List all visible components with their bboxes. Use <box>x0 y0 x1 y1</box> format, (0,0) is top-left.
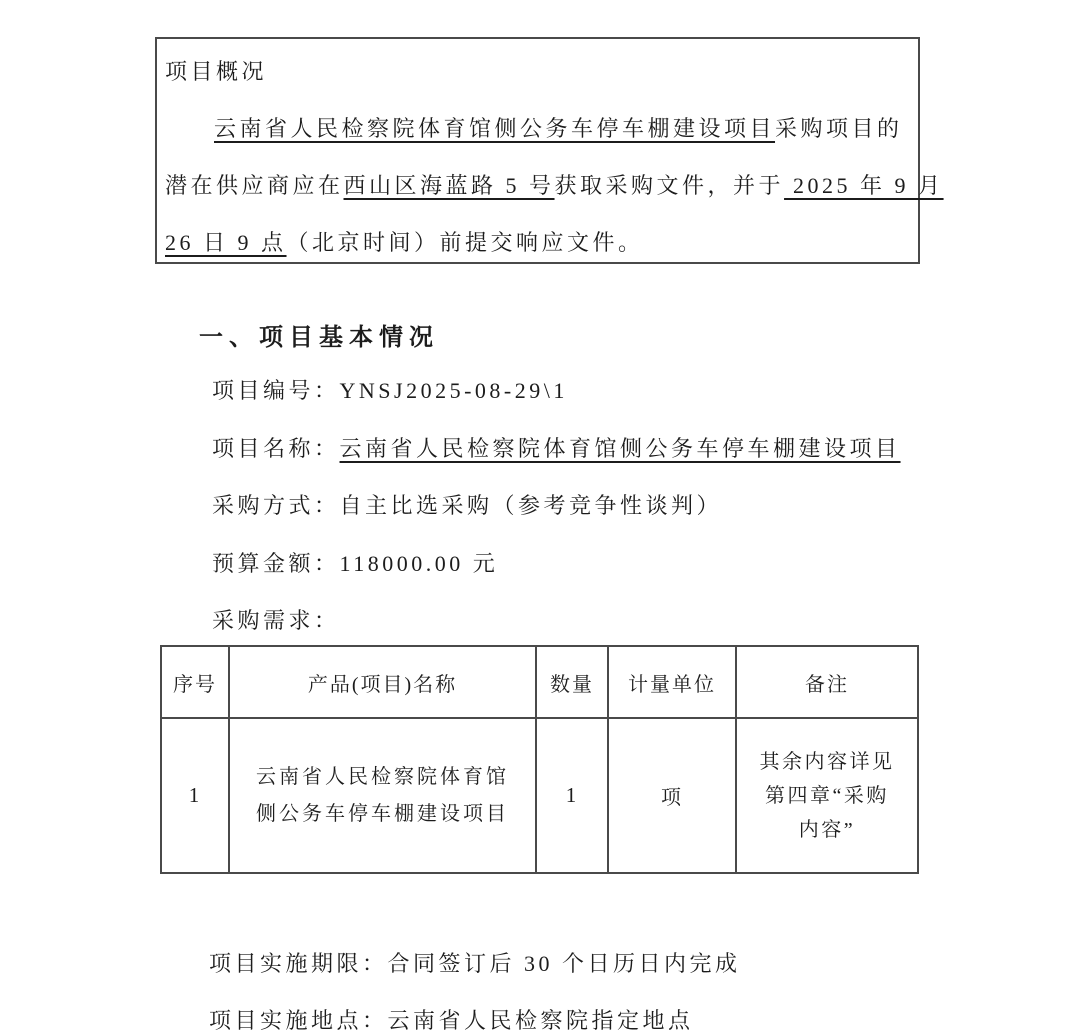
cell-note: 其余内容详见 第四章“采购 内容” <box>736 718 918 873</box>
product-name-line: 云南省人民检察院体育馆 <box>230 759 535 796</box>
field-value-underlined: 云南省人民检察院体育馆侧公务车停车棚建设项目 <box>340 436 901 461</box>
overview-line2-text-a: 潜在供应商应在 <box>165 173 344 198</box>
field-value: 自主比选采购（参考竞争性谈判） <box>340 493 723 518</box>
field-label: 项目编号： <box>212 378 340 403</box>
field-label: 项目名称： <box>212 436 340 461</box>
field-budget-amount: 预算金额：118000.00 元 <box>212 550 498 578</box>
project-overview-box: 项目概况 云南省人民检察院体育馆侧公务车停车棚建设项目采购项目的 潜在供应商应在… <box>155 37 920 264</box>
overview-title: 项目概况 <box>165 43 910 100</box>
header-cell-note: 备注 <box>736 646 918 718</box>
cell-quantity: 1 <box>536 718 608 873</box>
table-row: 1 云南省人民检察院体育馆 侧公务车停车棚建设项目 1 项 其余内容详见 第四章… <box>161 718 918 873</box>
deadline-date-underlined: 2025 年 9 月 <box>784 173 944 198</box>
implementation-location-line: 项目实施地点：云南省人民检察院指定地点 <box>209 1007 694 1030</box>
cell-seq: 1 <box>161 718 229 873</box>
table-header-row: 序号 产品(项目)名称 数量 计量单位 备注 <box>161 646 918 718</box>
procurement-requirements-table: 序号 产品(项目)名称 数量 计量单位 备注 1 云南省人民检察院体育馆 侧公务… <box>160 645 919 874</box>
note-line: 其余内容详见 <box>737 745 917 779</box>
field-procurement-requirements: 采购需求： <box>212 607 340 635</box>
product-name-line: 侧公务车停车棚建设项目 <box>230 796 535 833</box>
address-underlined: 西山区海蓝路 5 号 <box>344 173 555 198</box>
field-procurement-method: 采购方式：自主比选采购（参考竞争性谈判） <box>212 492 722 520</box>
field-value: 118000.00 元 <box>340 551 499 576</box>
overview-paragraph-line-2: 潜在供应商应在西山区海蓝路 5 号获取采购文件，并于 2025 年 9 月 <box>165 157 910 214</box>
field-value: YNSJ2025-08-29\1 <box>340 378 568 403</box>
deadline-time-underlined: 26 日 9 点 <box>165 230 287 255</box>
field-label: 预算金额： <box>212 551 340 576</box>
cell-unit: 项 <box>608 718 736 873</box>
field-project-number: 项目编号：YNSJ2025-08-29\1 <box>212 377 568 405</box>
header-cell-seq: 序号 <box>161 646 229 718</box>
implementation-period-line: 项目实施期限：合同签订后 30 个日历日内完成 <box>209 950 741 978</box>
header-cell-quantity: 数量 <box>536 646 608 718</box>
overview-title-text: 项目概况 <box>165 59 267 84</box>
overview-line1-text: 采购项目的 <box>775 116 903 141</box>
overview-paragraph-line-3: 26 日 9 点（北京时间）前提交响应文件。 <box>165 214 910 271</box>
document-page: 项目概况 云南省人民检察院体育馆侧公务车停车棚建设项目采购项目的 潜在供应商应在… <box>0 0 1074 1030</box>
field-label: 采购需求： <box>212 608 340 633</box>
overview-line2-text-b: 获取采购文件，并于 <box>555 173 785 198</box>
header-cell-product-name: 产品(项目)名称 <box>229 646 536 718</box>
project-name-underlined: 云南省人民检察院体育馆侧公务车停车棚建设项目 <box>214 116 775 141</box>
note-line: 内容” <box>737 813 917 847</box>
overview-paragraph-line-1: 云南省人民检察院体育馆侧公务车停车棚建设项目采购项目的 <box>165 100 910 157</box>
note-line: 第四章“采购 <box>737 779 917 813</box>
overview-line3-text: （北京时间）前提交响应文件。 <box>287 230 644 255</box>
header-cell-unit: 计量单位 <box>608 646 736 718</box>
field-project-name: 项目名称：云南省人民检察院体育馆侧公务车停车棚建设项目 <box>212 435 901 463</box>
cell-product-name: 云南省人民检察院体育馆 侧公务车停车棚建设项目 <box>229 718 536 873</box>
section-heading: 一、项目基本情况 <box>199 322 439 354</box>
field-label: 采购方式： <box>212 493 340 518</box>
